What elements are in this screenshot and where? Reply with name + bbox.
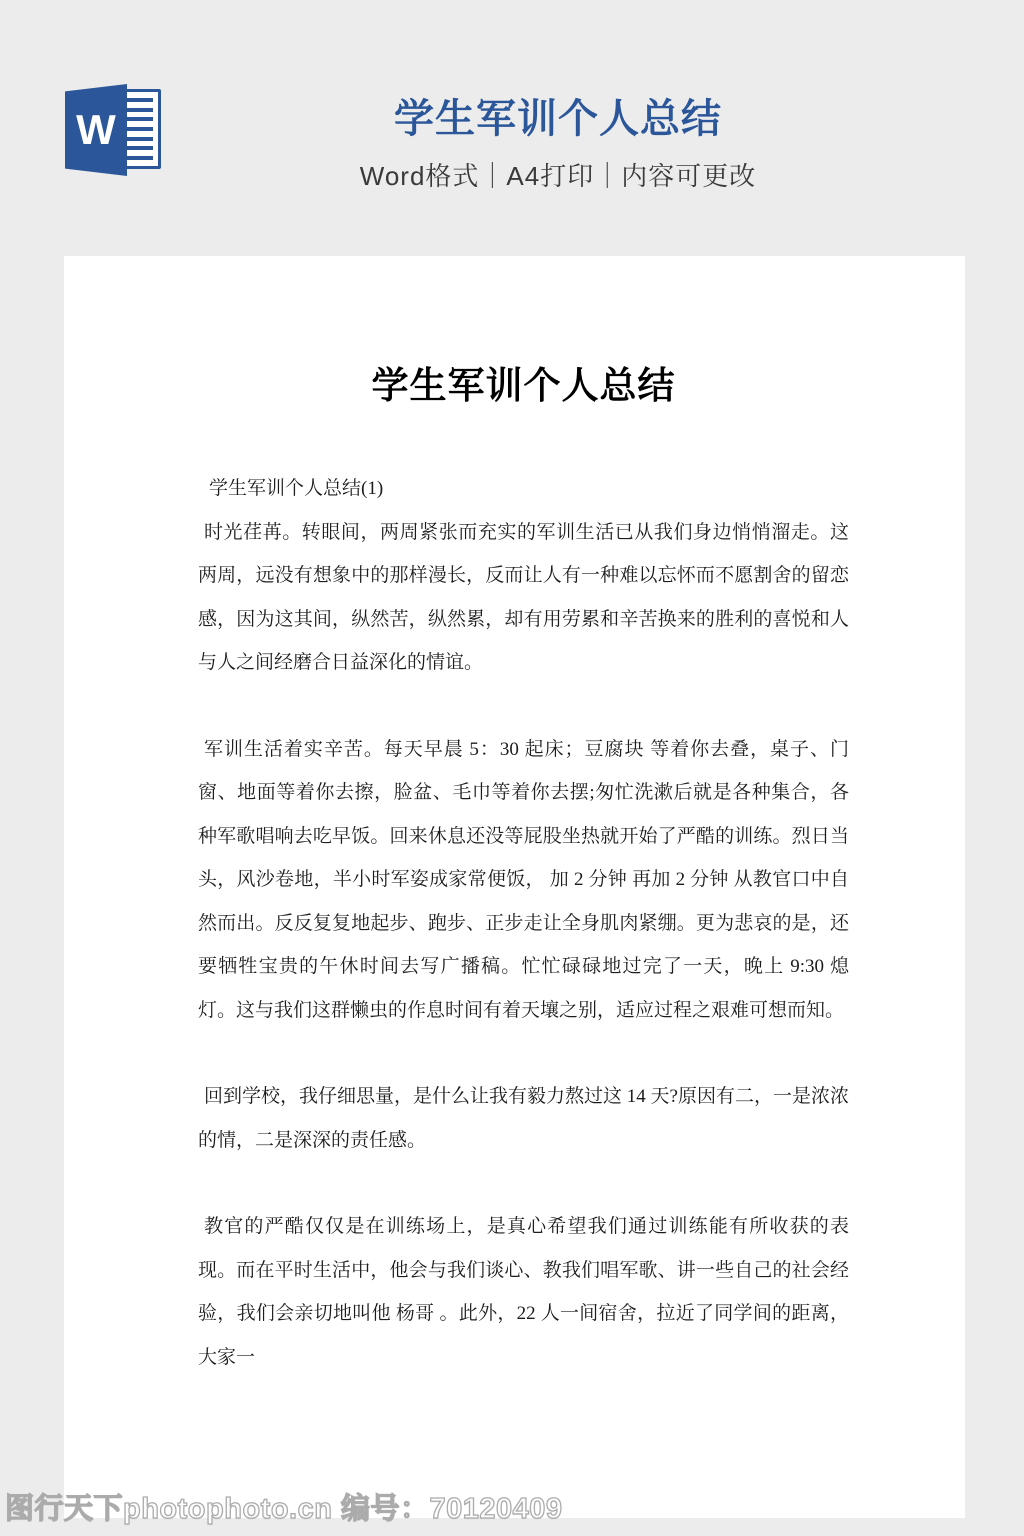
template-title: 学生军训个人总结	[92, 94, 1024, 144]
site-watermark: 图行天下photophoto.cn 编号：70120409	[5, 1486, 563, 1527]
document-body: 学生军训个人总结 学生军训个人总结(1) 时光荏苒。转眼间，两周紧张而充实的军训…	[64, 355, 965, 1379]
document-paragraph: 军训生活着实辛苦。每天早晨 5：30 起床；豆腐块 等着你去叠，桌子、门窗、地面…	[198, 728, 849, 1033]
document-page: 学生军训个人总结 学生军训个人总结(1) 时光荏苒。转眼间，两周紧张而充实的军训…	[64, 256, 965, 1518]
document-paragraphs: 时光荏苒。转眼间，两周紧张而充实的军训生活已从我们身边悄悄溜走。这两周，远没有想…	[198, 511, 849, 1380]
document-paragraph: 回到学校，我仔细思量，是什么让我有毅力熬过这 14 天?原因有二，一是浓浓的情，…	[198, 1075, 849, 1162]
document-section-heading: 学生军训个人总结(1)	[198, 467, 849, 511]
template-subtitle: Word格式｜A4打印｜内容可更改	[92, 156, 1024, 193]
document-paragraph: 教官的严酷仅仅是在训练场上，是真心希望我们通过训练能有所收获的表现。而在平时生活…	[198, 1205, 849, 1379]
document-paragraph: 时光荏苒。转眼间，两周紧张而充实的军训生活已从我们身边悄悄溜走。这两周，远没有想…	[198, 511, 849, 685]
document-title: 学生军训个人总结	[198, 355, 849, 409]
template-header: W 学生军训个人总结 Word格式｜A4打印｜内容可更改	[0, 0, 1024, 256]
header-text-block: 学生军训个人总结 Word格式｜A4打印｜内容可更改	[92, 94, 1024, 193]
